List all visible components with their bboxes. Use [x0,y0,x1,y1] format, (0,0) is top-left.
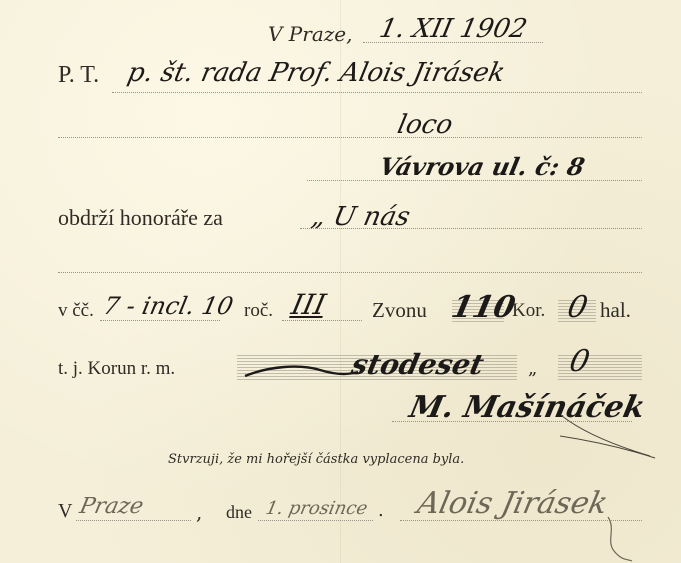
location-rule [58,137,642,138]
handwritten-date: 1. XII 1902 [377,14,530,44]
handwritten-kor-amount: 110 [448,290,518,325]
printed-words-label: t. j. Korun r. m. [58,358,175,380]
handwritten-recipient-name: p. št. rada Prof. Alois Jirásek [125,58,508,88]
printed-dne-label: dne [226,502,252,523]
handwritten-volume: III [288,288,328,321]
printed-place-label: V Praze, [268,22,352,46]
amount-flourish [240,356,360,382]
handwritten-receipt-signature: Alois Jirásek [414,486,610,521]
handwritten-receipt-place: Praze [77,494,145,519]
printed-zvonu-label: Zvonu [372,298,427,323]
handwritten-receipt-day: 1. prosince [264,498,370,519]
blank-rule [58,272,642,273]
receipt-signature-tail [600,515,640,563]
printed-kor-label: Kor. [512,300,545,322]
handwritten-work-title: „ U nás [309,202,413,232]
handwritten-location: loco [395,110,456,140]
handwritten-address: Vávrova ul. č: 8 [377,152,587,181]
printed-quote-mark: „ [528,358,537,379]
printed-pt-prefix: P. T. [58,62,99,89]
printed-vcc-label: v čč. [58,300,94,322]
document-paper: V Praze, 1. XII 1902 P. T. p. št. rada P… [0,0,681,563]
printed-period: . [378,500,384,521]
printed-comma: , [196,500,202,524]
issue-rule [100,320,220,321]
handwritten-issue-range: 7 - incl. 10 [101,292,236,320]
printed-fee-label: obdrží honoráře za [58,205,223,231]
signature-tail [560,412,660,462]
recipient-rule [112,92,642,93]
printed-v-label: V [58,500,72,523]
printed-hal-label: hal. [600,298,631,323]
receipt-day-rule [258,520,373,521]
printed-roc-label: roč. [244,300,273,322]
receipt-place-rule [76,520,191,521]
handwritten-amount-words: stodeset [348,348,486,381]
printed-confirmation-text: Stvrzuji, že mi hořejší částka vyplacena… [168,452,464,467]
